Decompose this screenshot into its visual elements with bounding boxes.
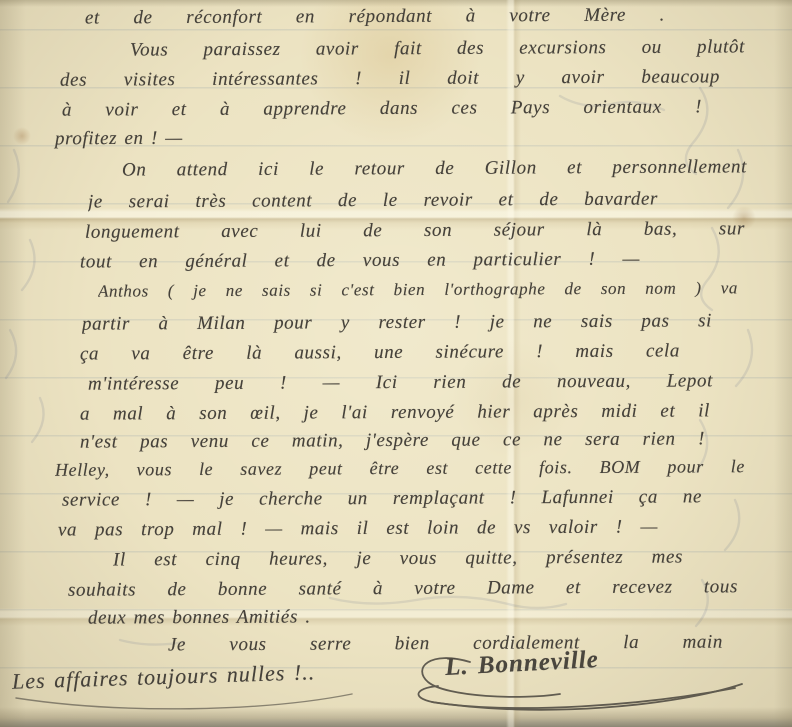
letter-line: profitez en ! —: [55, 128, 183, 151]
postscript: Les affaires toujours nulles !..: [12, 659, 316, 695]
letter-line: n'est pas venu ce matin, j'espère que ce…: [80, 428, 705, 459]
letter-line: à voir et à apprendre dans ces Pays orie…: [62, 96, 702, 127]
letter-line: Vous paraissez avoir fait des excursions…: [130, 36, 745, 67]
letter-line: et de réconfort en répondant à votre Mèr…: [85, 4, 665, 35]
letter-line: longuement avec lui de son séjour là bas…: [85, 218, 745, 249]
letter-line: souhaits de bonne santé à votre Dame et …: [68, 576, 738, 608]
letter-page: et de réconfort en répondant à votre Mèr…: [0, 0, 792, 727]
letter-line: Anthos ( je ne sais si c'est bien l'orth…: [98, 278, 738, 309]
letter-line: service ! — je cherche un remplaçant ! L…: [62, 486, 702, 517]
letter-line: a mal à son œil, je l'ai renvoyé hier ap…: [80, 400, 710, 431]
letter-line: Helley, vous le savez peut être est cett…: [55, 456, 745, 488]
letter-line: des visites intéressantes ! il doit y av…: [60, 66, 720, 97]
letter-line: ça va être là aussi, une sinécure ! mais…: [80, 340, 680, 371]
letter-line: partir à Milan pour y rester ! je ne sai…: [82, 310, 712, 341]
letter-line: deux mes bonnes Amitiés .: [88, 606, 311, 629]
letter-line: tout en général et de vous en particulie…: [80, 249, 640, 280]
letter-line: On attend ici le retour de Gillon et per…: [122, 156, 747, 187]
letter-line: va pas trop mal ! — mais il est loin de …: [58, 516, 658, 547]
letter-line: je serai très content de le revoir et de…: [88, 189, 658, 220]
letter-line: m'intéresse peu ! — Ici rien de nouveau,…: [88, 370, 713, 401]
letter-line: Il est cinq heures, je vous quitte, prés…: [113, 547, 683, 578]
